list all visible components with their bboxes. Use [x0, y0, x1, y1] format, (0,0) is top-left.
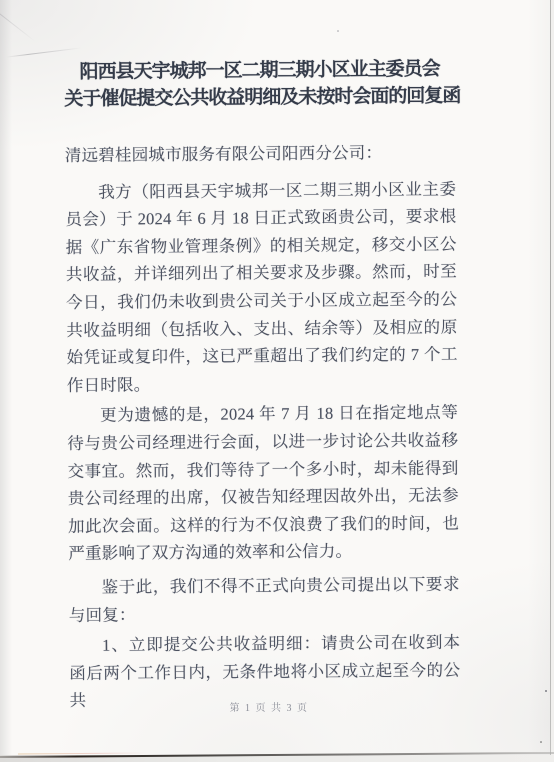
- title-line-1: 阳西县天宇城邦一区二期三期小区业主委员会: [64, 56, 455, 86]
- scanned-letter-photo: 阳西县天宇城邦一区二期三期小区业主委员会 关于催促提交公共收益明细及未按时会面的…: [0, 0, 554, 762]
- scan-speck: [540, 741, 542, 743]
- crease-mark: [0, 11, 35, 41]
- paragraph-missed-meeting: 更为遗憾的是，2024 年 7 月 18 日在指定地点等待与贵公司经理进行会面，…: [67, 399, 459, 568]
- document-title: 阳西县天宇城邦一区二期三期小区业主委员会 关于催促提交公共收益明细及未按时会面的…: [64, 56, 455, 113]
- paragraph-first-letter: 我方（阳西县天宇城邦一区二期三期小区业主委员会）于 2024 年 6 月 18 …: [65, 175, 458, 399]
- letter-content: 阳西县天宇城邦一区二期三期小区业主委员会 关于催促提交公共收益明细及未按时会面的…: [64, 56, 461, 715]
- scan-speck: [337, 30, 339, 32]
- recipient-salutation: 清远碧桂园城市服务有限公司阳西分公司：: [65, 139, 456, 170]
- crease-mark: [6, 47, 82, 57]
- title-line-2: 关于催促提交公共收益明细及未按时会面的回复函: [64, 83, 455, 113]
- page-number: 第 1 页 共 3 页: [0, 699, 538, 714]
- paragraph-demands-intro: 鉴于此，我们不得不正式向贵公司提出以下要求与回复：: [68, 570, 459, 629]
- paper-sheet: 阳西县天宇城邦一区二期三期小区业主委员会 关于催促提交公共收益明细及未按时会面的…: [0, 0, 554, 762]
- paper-right-edge: [550, 0, 551, 755]
- scan-speck: [545, 690, 547, 692]
